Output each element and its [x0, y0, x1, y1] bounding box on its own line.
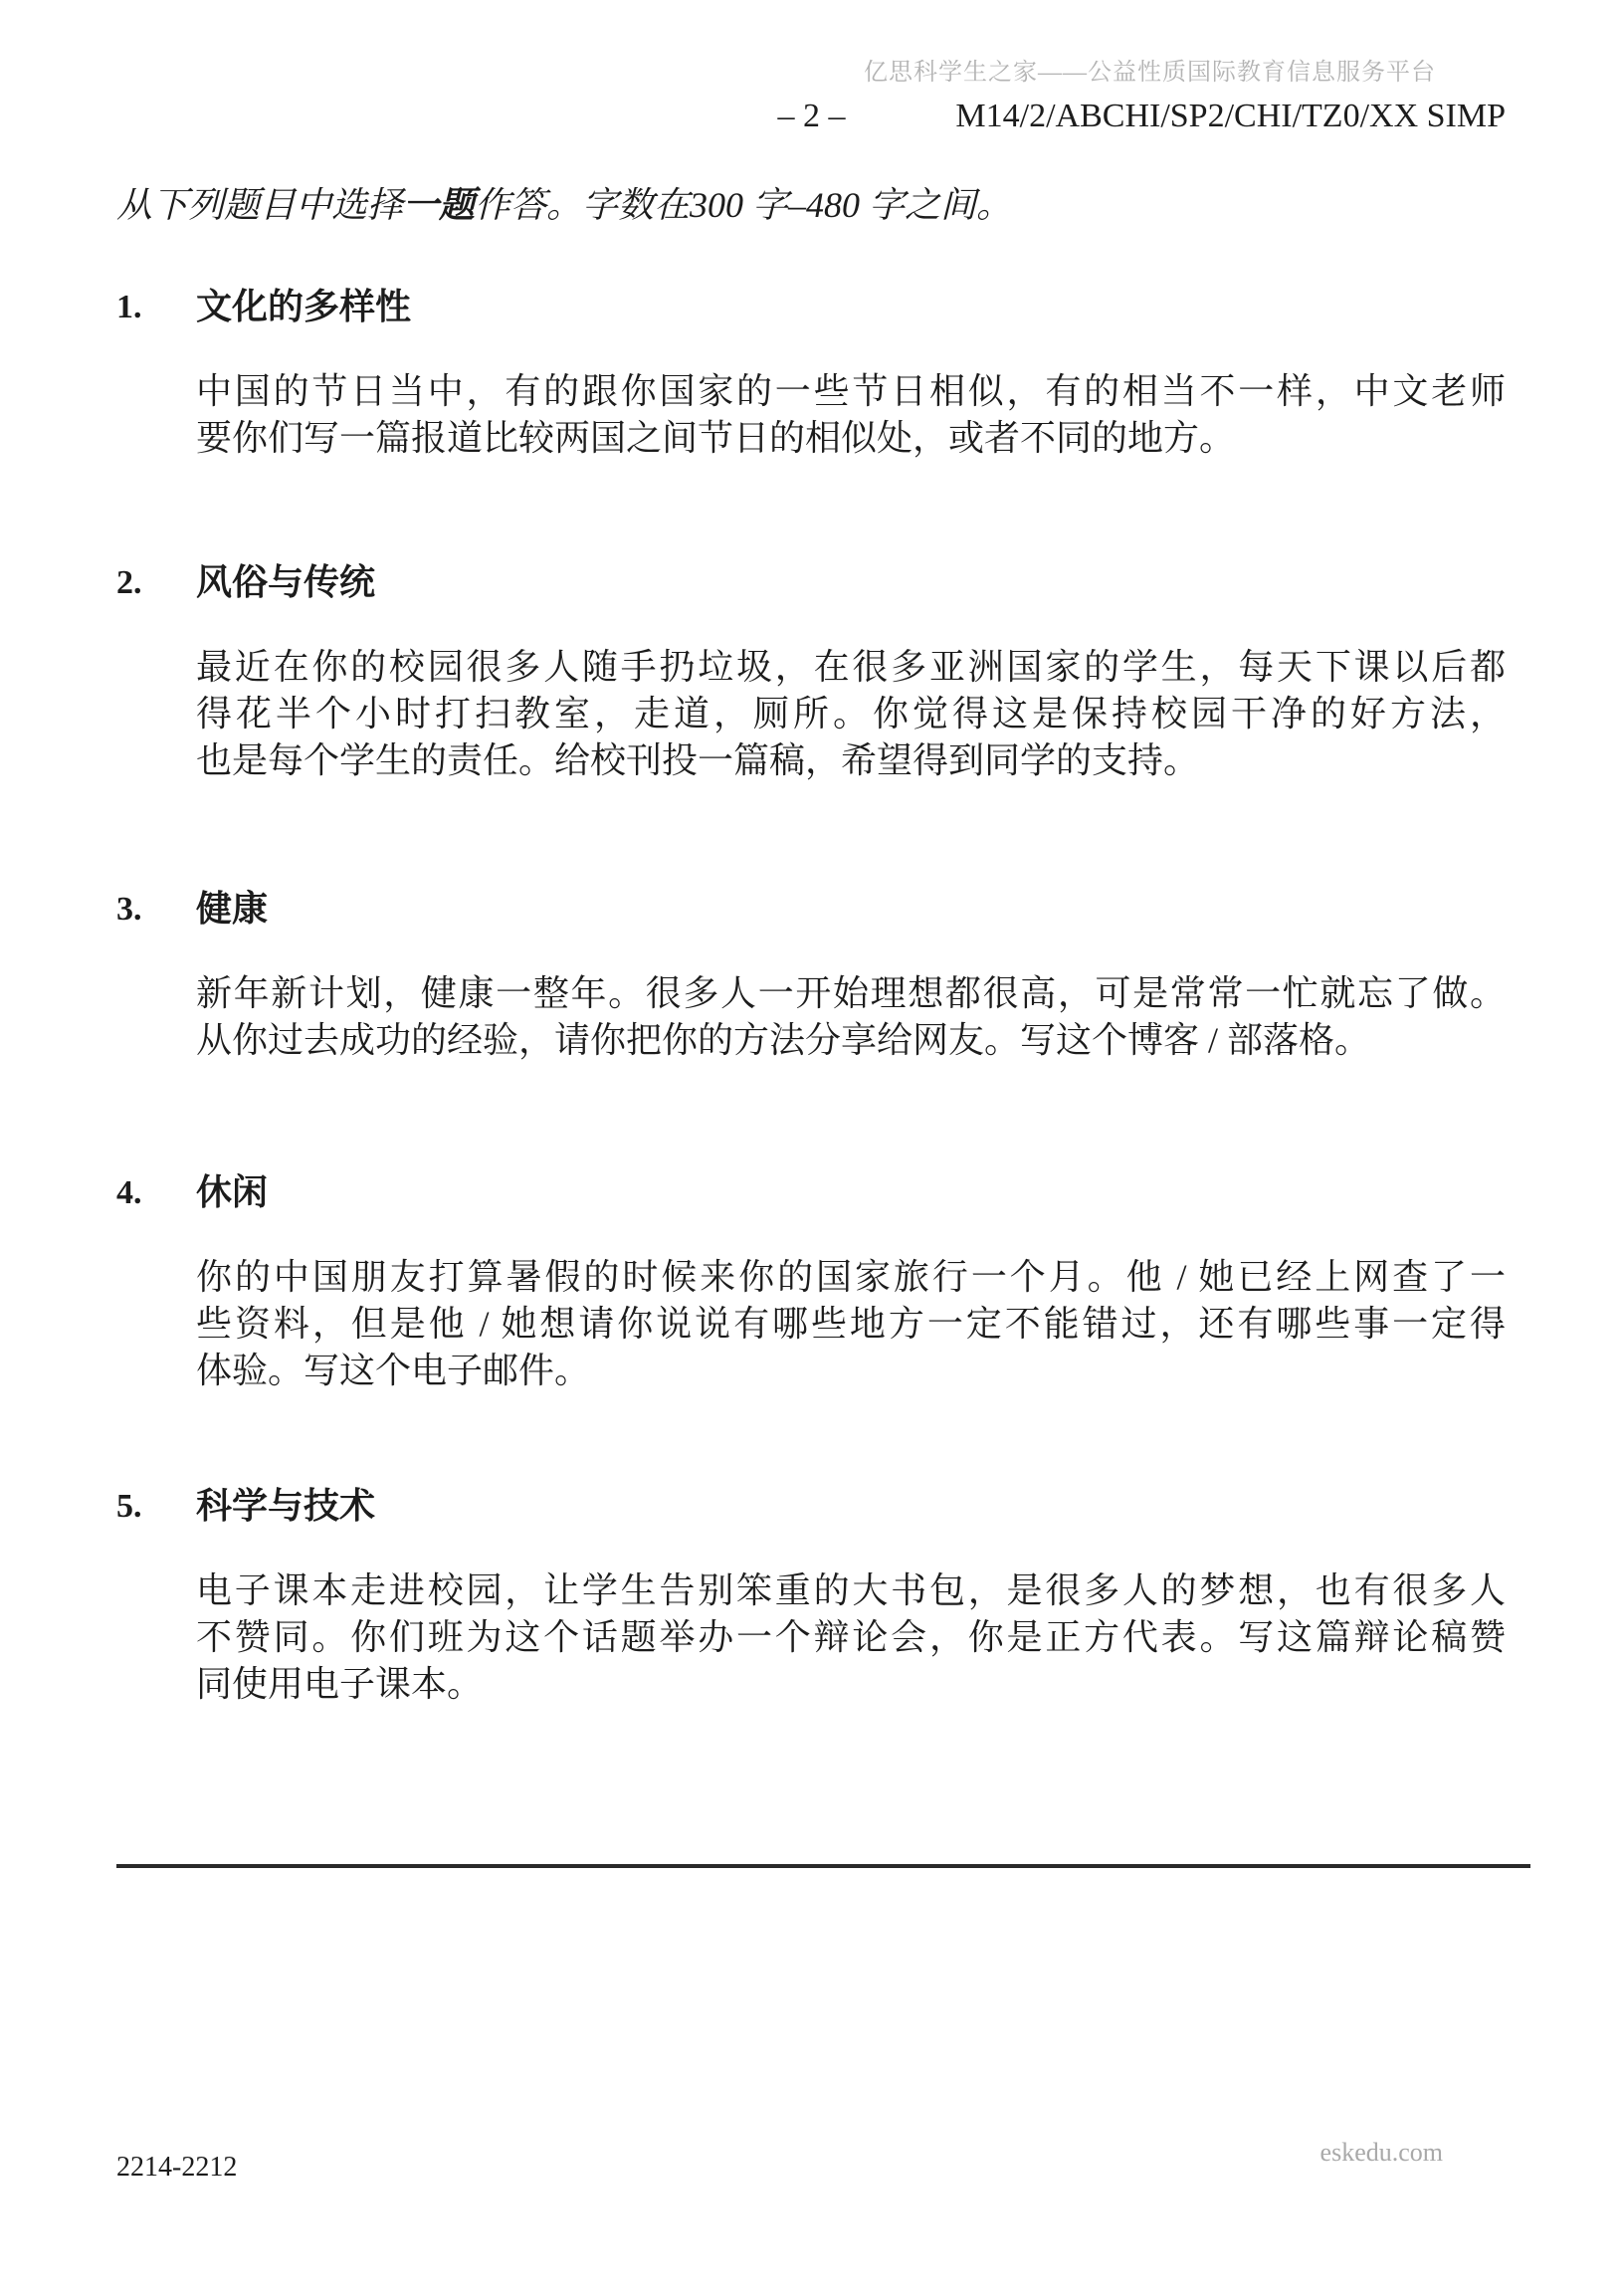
topic-number: 3.: [116, 886, 142, 933]
topic-title: 休闲: [196, 1169, 1506, 1216]
paper-code: M14/2/ABCHI/SP2/CHI/TZ0/XX SIMP: [955, 98, 1506, 135]
topic-body-line: 些资料，但是他 / 她想请你说说有哪些地方一定不能错过，还有哪些事一定得: [196, 1301, 1506, 1348]
topic-body-line: 新年新计划，健康一整年。很多人一开始理想都很高，可是常常一忙就忘了做。: [196, 970, 1506, 1017]
topic-section-5: 5. 科学与技术 电子课本走进校园，让学生告别笨重的大书包，是很多人的梦想，也有…: [116, 1483, 1506, 1708]
topic-title: 文化的多样性: [196, 284, 1506, 330]
topic-section-2: 2. 风俗与传统 最近在你的校园很多人随手扔垃圾，在很多亚洲国家的学生，每天下课…: [116, 559, 1506, 784]
page-number: – 2 –: [778, 98, 846, 135]
topic-body-line: 中国的节日当中，有的跟你国家的一些节日相似，有的相当不一样，中文老师: [196, 368, 1506, 415]
topic-body-line: 不赞同。你们班为这个话题举办一个辩论会，你是正方代表。写这篇辩论稿赞: [196, 1614, 1506, 1661]
topic-section-4: 4. 休闲 你的中国朋友打算暑假的时候来你的国家旅行一个月。他 / 她已经上网查…: [116, 1169, 1506, 1394]
topic-body-line: 你的中国朋友打算暑假的时候来你的国家旅行一个月。他 / 她已经上网查了一: [196, 1254, 1506, 1301]
exam-session-code: 2214-2212: [116, 2152, 237, 2184]
topic-body-line: 得花半个小时打扫教室，走道，厕所。你觉得这是保持校园干净的好方法，: [196, 691, 1506, 737]
topic-body: 你的中国朋友打算暑假的时候来你的国家旅行一个月。他 / 她已经上网查了一 些资料…: [196, 1254, 1506, 1394]
topic-title: 健康: [196, 886, 1506, 933]
website-label: eskedu.com: [1320, 2138, 1443, 2168]
topic-body-line: 要你们写一篇报道比较两国之间节日的相似处，或者不同的地方。: [196, 415, 1506, 462]
topic-number: 4.: [116, 1169, 142, 1216]
topic-number: 1.: [116, 284, 142, 330]
topic-body-line: 同使用电子课本。: [196, 1661, 1506, 1708]
topic-body: 新年新计划，健康一整年。很多人一开始理想都很高，可是常常一忙就忘了做。 从你过去…: [196, 970, 1506, 1064]
topic-body-line: 也是每个学生的责任。给校刊投一篇稿，希望得到同学的支持。: [196, 737, 1506, 784]
footer-rule: [116, 1864, 1530, 1868]
topic-body: 中国的节日当中，有的跟你国家的一些节日相似，有的相当不一样，中文老师 要你们写一…: [196, 368, 1506, 462]
topic-body-line: 最近在你的校园很多人随手扔垃圾，在很多亚洲国家的学生，每天下课以后都: [196, 644, 1506, 691]
topic-number: 5.: [116, 1483, 142, 1530]
topic-body-line: 电子课本走进校园，让学生告别笨重的大书包，是很多人的梦想，也有很多人: [196, 1567, 1506, 1614]
instruction-suffix: 作答。字数在300 字–480 字之间。: [475, 185, 1012, 225]
topic-body: 最近在你的校园很多人随手扔垃圾，在很多亚洲国家的学生，每天下课以后都 得花半个小…: [196, 644, 1506, 784]
topic-section-1: 1. 文化的多样性 中国的节日当中，有的跟你国家的一些节日相似，有的相当不一样，…: [116, 284, 1506, 462]
topic-section-3: 3. 健康 新年新计划，健康一整年。很多人一开始理想都很高，可是常常一忙就忘了做…: [116, 886, 1506, 1064]
watermark-text: 亿思科学生之家——公益性质国际教育信息服务平台: [864, 52, 1436, 87]
topic-body-line: 体验。写这个电子邮件。: [196, 1348, 1506, 1394]
instruction-emphasis: 一题: [403, 185, 475, 225]
topic-title: 科学与技术: [196, 1483, 1506, 1530]
instruction-line: 从下列题目中选择一题作答。字数在300 字–480 字之间。: [116, 179, 1012, 231]
topic-body: 电子课本走进校园，让学生告别笨重的大书包，是很多人的梦想，也有很多人 不赞同。你…: [196, 1567, 1506, 1708]
instruction-prefix: 从下列题目中选择: [116, 185, 403, 225]
topic-body-line: 从你过去成功的经验，请你把你的方法分享给网友。写这个博客 / 部落格。: [196, 1017, 1506, 1064]
exam-paper-page: 亿思科学生之家——公益性质国际教育信息服务平台 – 2 – M14/2/ABCH…: [0, 0, 1623, 2296]
topic-title: 风俗与传统: [196, 559, 1506, 606]
topic-number: 2.: [116, 559, 142, 606]
